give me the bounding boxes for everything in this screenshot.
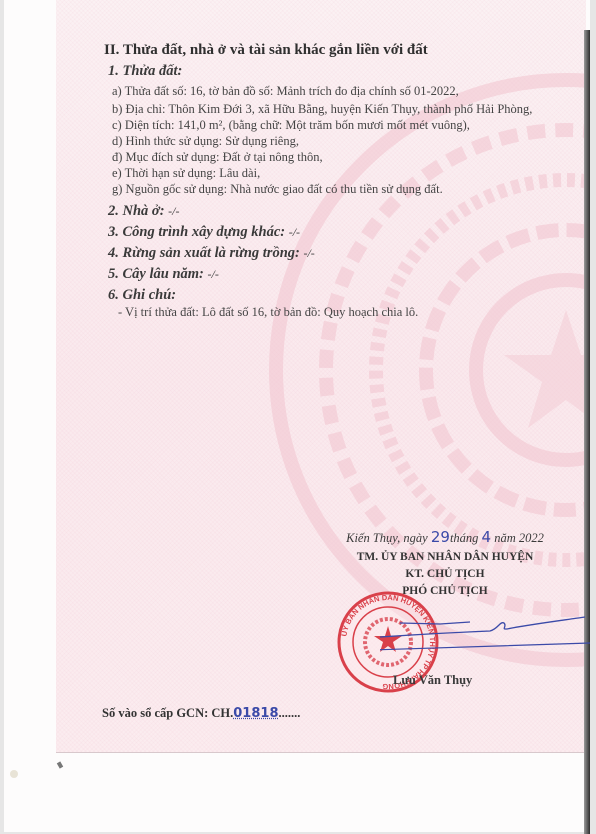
signing-month: 4 xyxy=(482,528,492,546)
perennial-value: -/- xyxy=(208,267,219,281)
signing-place: Kiến Thụy, ngày xyxy=(346,531,428,545)
signing-organization: TM. ỦY BAN NHÂN DÂN HUYỆN xyxy=(320,549,570,566)
land-title: 1. Thửa đất: xyxy=(108,63,182,80)
year-label: năm 2022 xyxy=(494,531,544,545)
handwritten-signature-icon xyxy=(380,615,590,655)
gcn-label: Số vào sổ cấp GCN: CH. xyxy=(102,706,233,720)
forest-row: 4. Rừng sản xuất là rừng trồng: -/- xyxy=(108,245,315,262)
land-item-duration: e) Thời hạn sử dụng: Lâu dài, xyxy=(112,166,260,181)
section-heading: II. Thửa đất, nhà ở và tài sản khác gắn … xyxy=(104,42,428,59)
notes-title: 6. Ghi chú: xyxy=(108,287,176,304)
land-item-origin: g) Nguồn gốc sử dụng: Nhà nước giao đất … xyxy=(112,182,443,197)
signing-date: Kiến Thụy, ngày 29tháng 4 năm 2022 xyxy=(320,528,570,546)
page-edge-shadow xyxy=(584,30,590,834)
perennial-row: 5. Cây lâu năm: -/- xyxy=(108,266,219,283)
land-item-purpose: đ) Mục đích sử dụng: Đất ở tại nông thôn… xyxy=(112,150,323,165)
forest-value: -/- xyxy=(303,246,314,260)
house-title: 2. Nhà ở: xyxy=(108,203,165,219)
land-item-area: c) Diện tích: 141,0 m², (bằng chữ: Một t… xyxy=(112,118,470,133)
perennial-title: 5. Cây lâu năm: xyxy=(108,266,204,282)
signing-role-1: KT. CHỦ TỊCH xyxy=(320,566,570,583)
forest-title: 4. Rừng sản xuất là rừng trồng: xyxy=(108,245,300,261)
month-label: tháng xyxy=(450,531,478,545)
scan-smudge xyxy=(10,770,18,778)
gcn-trailing-dots: ....... xyxy=(279,706,301,720)
signing-day: 29 xyxy=(431,528,450,546)
land-item-address: b) Địa chỉ: Thôn Kim Đới 3, xã Hữu Bằng,… xyxy=(112,102,532,117)
other-construction-row: 3. Công trình xây dựng khác: -/- xyxy=(108,224,300,241)
other-construction-title: 3. Công trình xây dựng khác: xyxy=(108,224,285,240)
land-item-usage-form: d) Hình thức sử dụng: Sử dụng riêng, xyxy=(112,134,299,149)
house-row: 2. Nhà ở: -/- xyxy=(108,203,179,220)
house-value: -/- xyxy=(168,204,179,218)
gcn-registration: Số vào sổ cấp GCN: CH.01818....... xyxy=(102,706,300,721)
gcn-number: 01818 xyxy=(233,706,278,721)
other-construction-value: -/- xyxy=(289,225,300,239)
signer-name: Lưu Văn Thụy xyxy=(393,673,472,688)
land-item-plot-number: a) Thửa đất số: 16, tờ bản đồ số: Mảnh t… xyxy=(112,84,459,99)
notes-item: - Vị trí thửa đất: Lô đất số 16, tờ bản … xyxy=(118,305,418,320)
